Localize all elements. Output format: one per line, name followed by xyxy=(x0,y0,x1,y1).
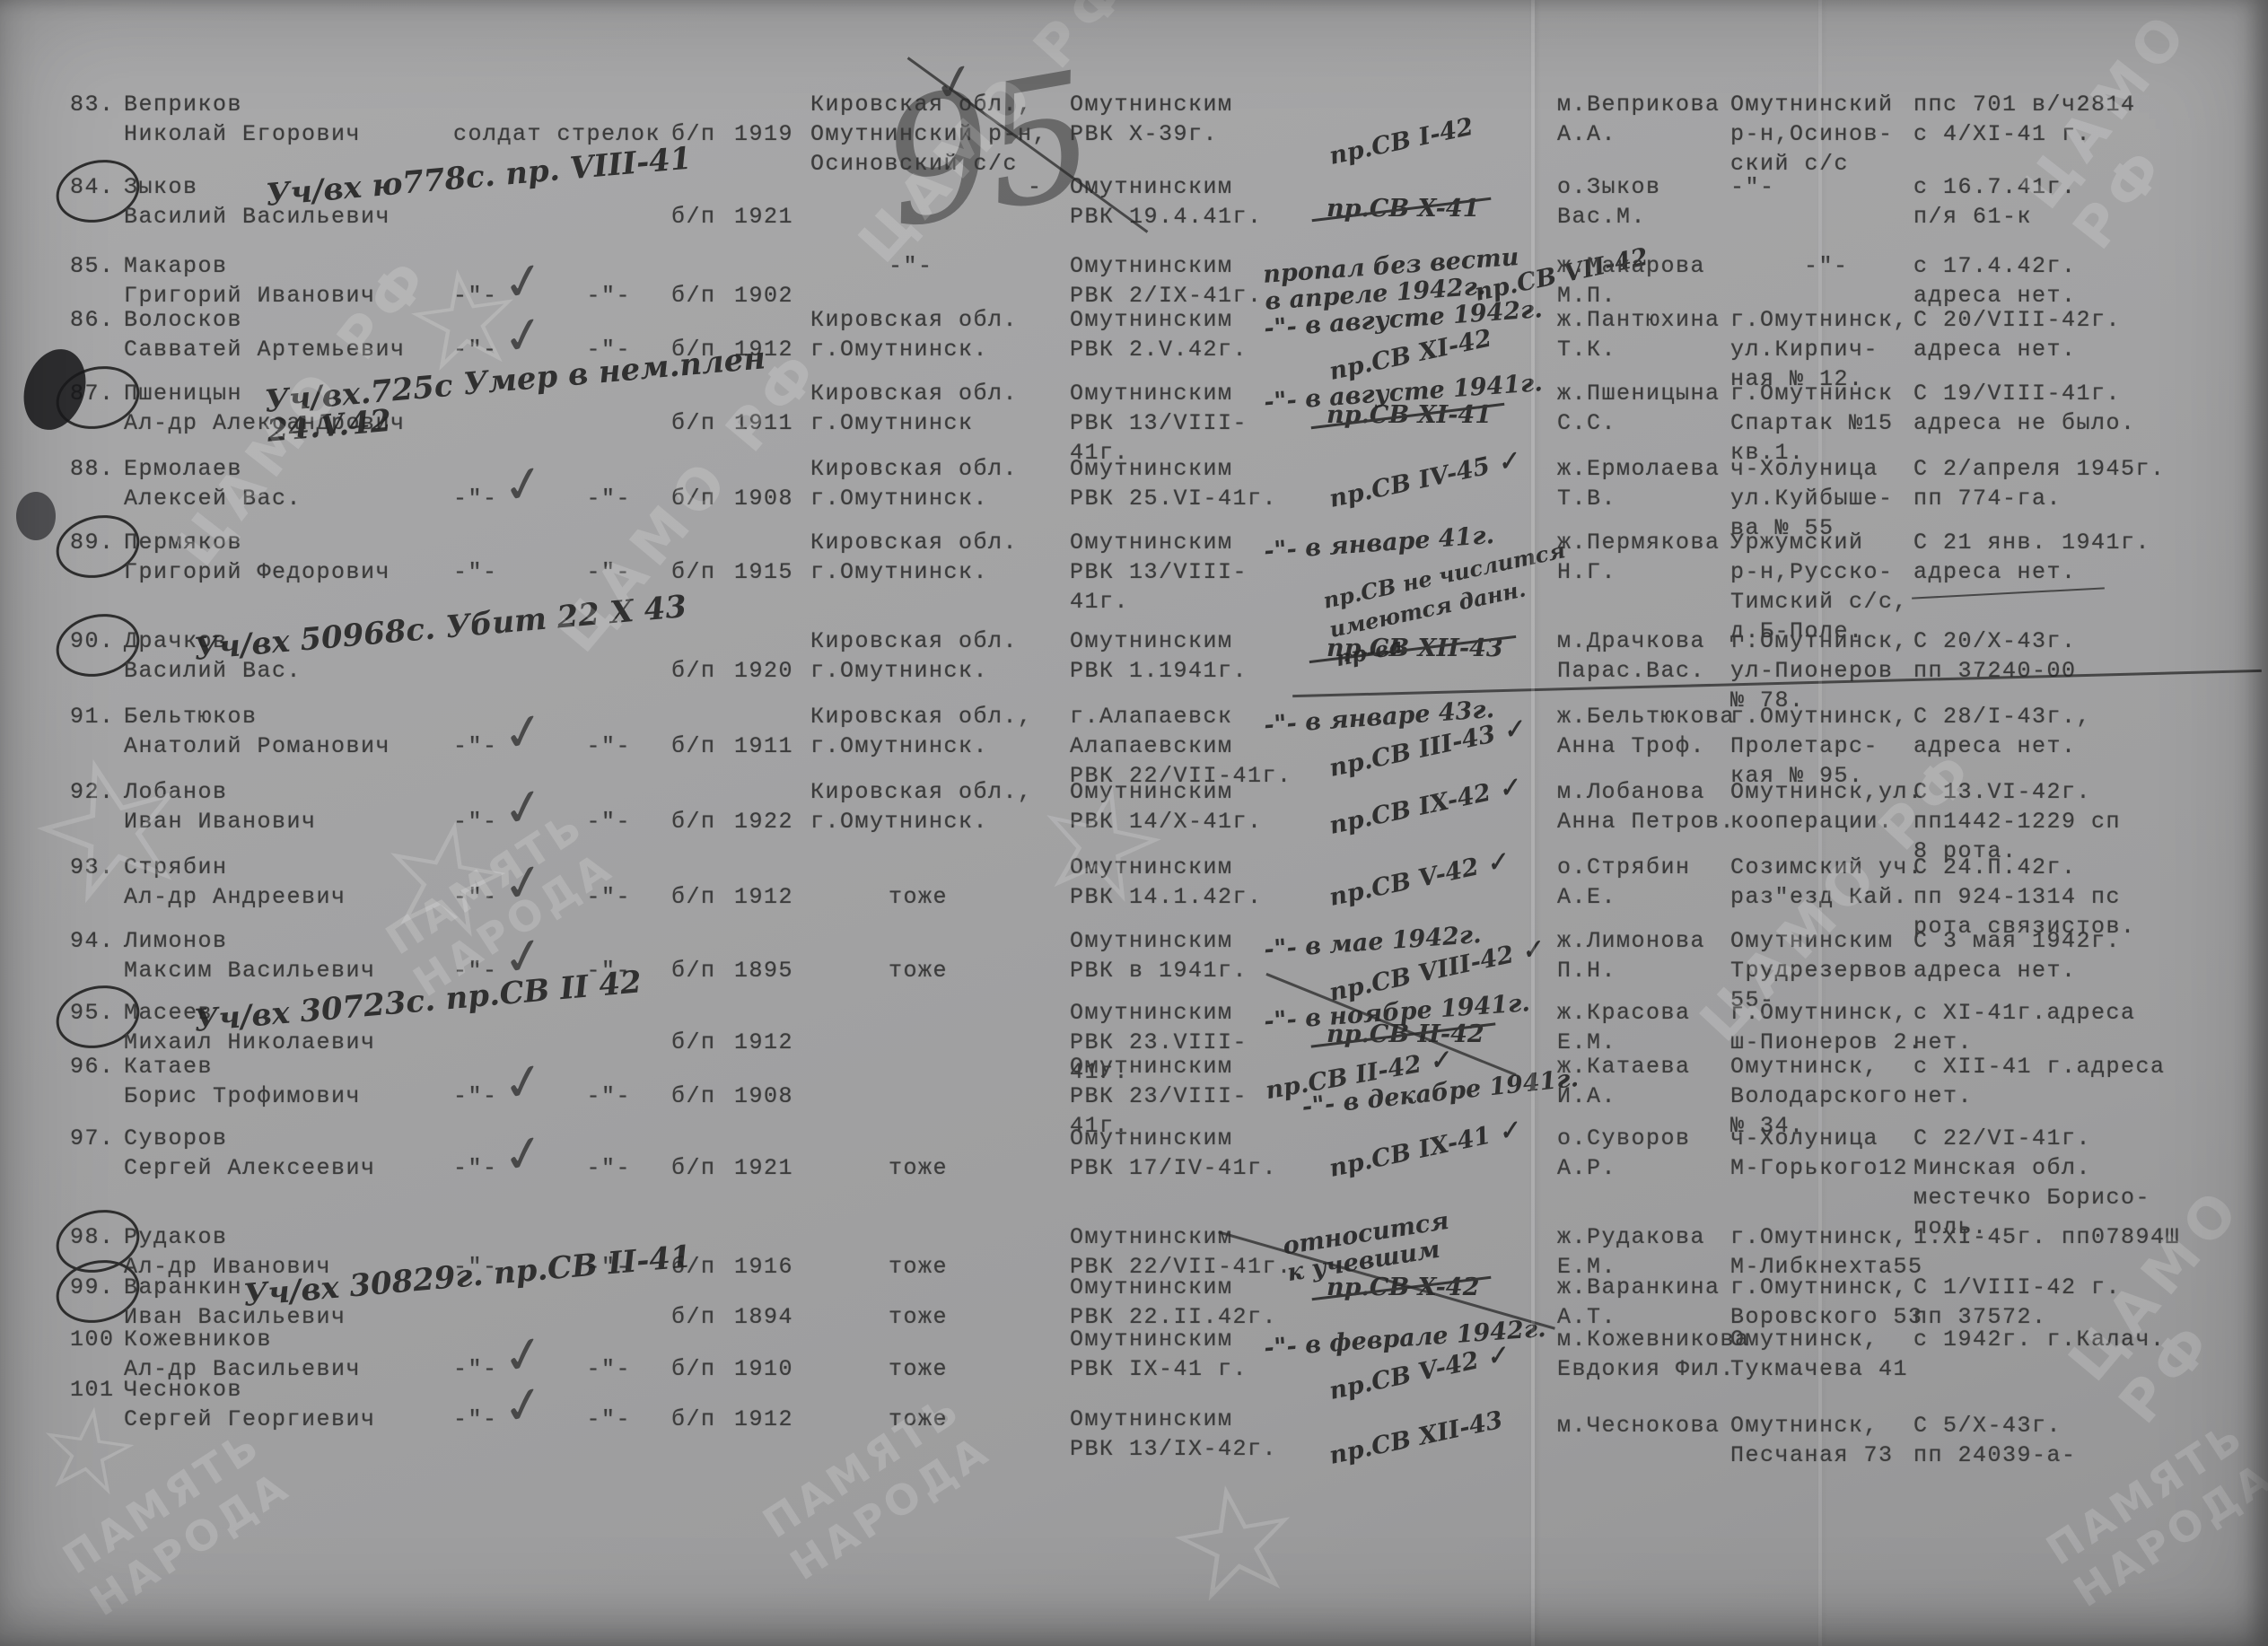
handwritten-note: пр.СВ X-42 xyxy=(1327,1274,1479,1301)
address-cell: Омутнинск, Песчаная 73 xyxy=(1730,1411,1923,1470)
birth-year: 1921 xyxy=(734,202,793,232)
pamyat-naroda-watermark: ПАМЯТЬ НАРОДА xyxy=(54,1418,300,1626)
region-cell: Кировская обл., г.Омутнинск. xyxy=(810,702,1080,761)
handwritten-note: пр.СВ XI-41 xyxy=(1327,401,1492,429)
relative-cell: ж.Бельтюкова Анна Троф. xyxy=(1557,702,1741,761)
party-cell: б/п xyxy=(671,656,716,686)
relative-cell: м.Драчкова Парас.Вас. xyxy=(1557,626,1741,686)
region-cell: Кировская обл., г.Омутнинск. xyxy=(810,777,1080,836)
rvk-cell: Омутнинским РВК 14/X-41г. xyxy=(1070,777,1303,836)
address-cell: г.Омутнинск, Воровского 53 xyxy=(1730,1273,1923,1332)
relative-cell: м.Чеснокова xyxy=(1557,1411,1741,1440)
star-watermark-icon: ☆ xyxy=(1152,1443,1318,1642)
birth-year: 1912 xyxy=(734,1028,793,1057)
soldier-name: Макаров Григорий Иванович xyxy=(124,251,483,311)
party-cell: б/п xyxy=(671,882,716,912)
party-cell: б/п xyxy=(671,484,716,513)
handwritten-note: пр.СВ XII-43 xyxy=(1327,635,1503,662)
pencil-check-icon: ✓ xyxy=(498,1122,549,1186)
rvk-cell: Омутнинским РВК 1.1941г. xyxy=(1070,626,1303,686)
handwritten-status: относится к учевшим xyxy=(1281,1186,1590,1287)
relative-cell: о.Стрябин А.Е. xyxy=(1557,853,1741,912)
rvk-cell: Омутнинским РВК 13/IX-42г. xyxy=(1070,1405,1303,1464)
soldier-name: Бельтюков Анатолий Романович xyxy=(124,702,483,761)
party-cell: б/п xyxy=(671,807,716,836)
soldier-name: Лимонов Максим Васильевич xyxy=(124,926,483,985)
rank-cell: -"- -"- xyxy=(453,882,687,912)
region-cell: Кировская обл. г.Омутнинск xyxy=(810,379,1080,438)
rvk-cell: Омутнинским РВК 22.II.42г. xyxy=(1070,1273,1303,1332)
relative-cell: ж.Пермякова Н.Г. xyxy=(1557,528,1741,587)
relative-cell: м.Кожевникова Евдокия Фил. xyxy=(1557,1325,1741,1384)
rank-cell: -"- -"- xyxy=(453,807,687,836)
rvk-cell: Омутнинским РВК 25.VI-41г. xyxy=(1070,454,1303,513)
birth-year: 1908 xyxy=(734,484,793,513)
delivery-info-cell: С 20/X-43г. пп 37240-00 xyxy=(1913,626,2268,686)
handwritten-note: пр.СВ X-41 xyxy=(1327,195,1479,223)
page-number-annotation: 95 xyxy=(869,36,1103,267)
rvk-cell: Омутнинским РВК 14.1.42г. xyxy=(1070,853,1303,912)
delivery-info-cell: 1.XI-45г. пп07894Ш xyxy=(1913,1222,2268,1252)
party-cell: б/п xyxy=(671,1302,716,1332)
address-cell: г.Омутнинск, ш-Пионеров 2. xyxy=(1730,998,1923,1057)
party-cell: б/п xyxy=(671,1405,716,1434)
delivery-info-cell: с 1942г. г.Калач. xyxy=(1913,1325,2268,1354)
paper-fold-crease xyxy=(1531,0,1535,1646)
birth-year: 1908 xyxy=(734,1081,793,1111)
soldier-name: Катаев Борис Трофимович xyxy=(124,1052,483,1111)
pencil-check-icon: ✓ xyxy=(498,700,549,765)
region-cell: Кировская обл. г.Омутнинск. xyxy=(810,528,1080,587)
birth-year: 1902 xyxy=(734,281,793,311)
delivery-info-cell: с 17.4.42г. адреса нет. xyxy=(1913,251,2268,311)
birth-year: 1915 xyxy=(734,557,793,587)
rank-cell: -"- -"- xyxy=(453,1405,687,1434)
soldier-name: Чесноков Сергей Георгиевич xyxy=(124,1375,483,1434)
party-cell: б/п xyxy=(671,557,716,587)
pencil-check-icon: ✓ xyxy=(498,851,549,915)
delivery-info-cell: С 28/I-43г., адреса нет. xyxy=(1913,702,2268,761)
birth-year: 1911 xyxy=(734,408,793,438)
soldier-name: Стрябин Ал-др Андреевич xyxy=(124,853,483,912)
birth-year: 1894 xyxy=(734,1302,793,1332)
birth-year: 1921 xyxy=(734,1153,793,1183)
rank-cell: -"- -"- xyxy=(453,1081,687,1111)
delivery-info-cell: С 19/VIII-41г. адреса не было. xyxy=(1913,379,2268,438)
delivery-info-cell: с 16.7.41г. п/я 61-к xyxy=(1913,172,2268,232)
soldier-name: Лобанов Иван Иванович xyxy=(124,777,483,836)
region-cell: Кировская обл. г.Омутнинск. xyxy=(810,626,1080,686)
relative-cell: ж.Красова Е.М. xyxy=(1557,998,1741,1057)
relative-cell: ж.Пантюхина Т.К. xyxy=(1557,305,1741,364)
party-cell: б/п xyxy=(671,408,716,438)
rank-cell: -"- -"- xyxy=(453,1153,687,1183)
birth-year: 1911 xyxy=(734,731,793,761)
address-cell: -"- xyxy=(1730,172,1923,202)
party-cell: б/п xyxy=(671,1153,716,1183)
relative-cell: м.Веприкова А.А. xyxy=(1557,90,1741,149)
pencil-check-icon: ✓ xyxy=(498,303,549,368)
delivery-info-cell: С 5/X-43г. пп 24039-а- xyxy=(1913,1411,2268,1470)
party-cell: б/п xyxy=(671,1028,716,1057)
rvk-cell: Омутнинским РВК X-39г. xyxy=(1070,90,1303,149)
relative-cell: ж.Пшеницына С.С. xyxy=(1557,379,1741,438)
relative-cell: ж.Лимонова П.Н. xyxy=(1557,926,1741,985)
delivery-info-cell: С 2/апреля 1945г. пп 774-га. xyxy=(1913,454,2268,513)
region-cell: Кировская обл. г.Омутнинск. xyxy=(810,454,1080,513)
birth-year: 1922 xyxy=(734,807,793,836)
rank-cell: -"- -"- xyxy=(453,484,687,513)
relative-cell: о.Суворов А.Р. xyxy=(1557,1124,1741,1183)
address-cell: ч-Холуница М-Горького12 xyxy=(1730,1124,1923,1183)
address-cell: Омутнинск,ул. кооперации. xyxy=(1730,777,1923,836)
pencil-check-icon: ✓ xyxy=(498,775,549,840)
party-cell: б/п xyxy=(671,1354,716,1384)
scanned-document-page: 83. Веприков Николай Егорович солдат стр… xyxy=(0,0,2268,1646)
ink-blot xyxy=(16,492,56,540)
rank-cell: -"- -"- xyxy=(453,557,687,587)
soldier-name: Волосков Савватей Артемьевич xyxy=(124,305,483,364)
rank-cell: -"- -"- xyxy=(453,731,687,761)
birth-year: 1912 xyxy=(734,1405,793,1434)
relative-cell: о.Зыков Вас.М. xyxy=(1557,172,1741,232)
rank-cell: -"- -"- xyxy=(453,1354,687,1384)
pencil-underline xyxy=(1912,587,2105,599)
region-cell: Кировская обл. г.Омутнинск. xyxy=(810,305,1080,364)
pencil-check-icon: ✓ xyxy=(498,250,549,314)
delivery-info-cell: С 20/VIII-42г. адреса нет. xyxy=(1913,305,2268,364)
rvk-cell: Омутнинским РВК 17/IV-41г. xyxy=(1070,1124,1303,1183)
party-cell: б/п xyxy=(671,731,716,761)
paper-fold-crease xyxy=(1818,0,1822,1646)
rank-cell: -"- -"- xyxy=(453,281,687,311)
delivery-info-cell: с XI-41г.адреса нет. xyxy=(1913,998,2268,1057)
relative-cell: м.Лобанова Анна Петров. xyxy=(1557,777,1741,836)
delivery-info-cell: С 21 янв. 1941г. адреса нет. xyxy=(1913,528,2268,587)
delivery-info-cell: с XII-41 г.адреса нет. xyxy=(1913,1052,2268,1111)
soldier-name: Пермяков Григорий Федорович xyxy=(124,528,483,587)
party-cell: б/п xyxy=(671,202,716,232)
birth-year: 1920 xyxy=(734,656,793,686)
pencil-check-icon: ✓ xyxy=(498,452,549,517)
pencil-check-icon: ✓ xyxy=(498,1050,549,1115)
birth-year: 1910 xyxy=(734,1354,793,1384)
soldier-name: Веприков Николай Егорович xyxy=(124,90,483,149)
delivery-info-cell: ппс 701 в/ч2814 с 4/XI-41 г. xyxy=(1913,90,2268,149)
birth-year: 1912 xyxy=(734,882,793,912)
delivery-info-cell: С 1/VIII-42 г. пп 37572. xyxy=(1913,1273,2268,1332)
relative-cell: ж.Макарова М.П. xyxy=(1557,251,1741,311)
address-cell: Омутнинский р-н,Осинов- ский с/с xyxy=(1730,90,1923,179)
party-cell: б/п xyxy=(671,1081,716,1111)
address-cell: Созимский уч. раз"езд Кай. xyxy=(1730,853,1923,912)
party-cell: б/п xyxy=(671,281,716,311)
delivery-info-cell: С 3 мая 1942г. адреса нет. xyxy=(1913,926,2268,985)
rvk-cell: Омутнинским РВК 19.4.41г. xyxy=(1070,172,1303,232)
address-cell: Омутнинск, Тукмачева 41 xyxy=(1730,1325,1923,1384)
soldier-name: Суворов Сергей Алексеевич xyxy=(124,1124,483,1183)
relative-cell: ж.Ермолаева Т.В. xyxy=(1557,454,1741,513)
soldier-name: Ермолаев Алексей Вас. xyxy=(124,454,483,513)
